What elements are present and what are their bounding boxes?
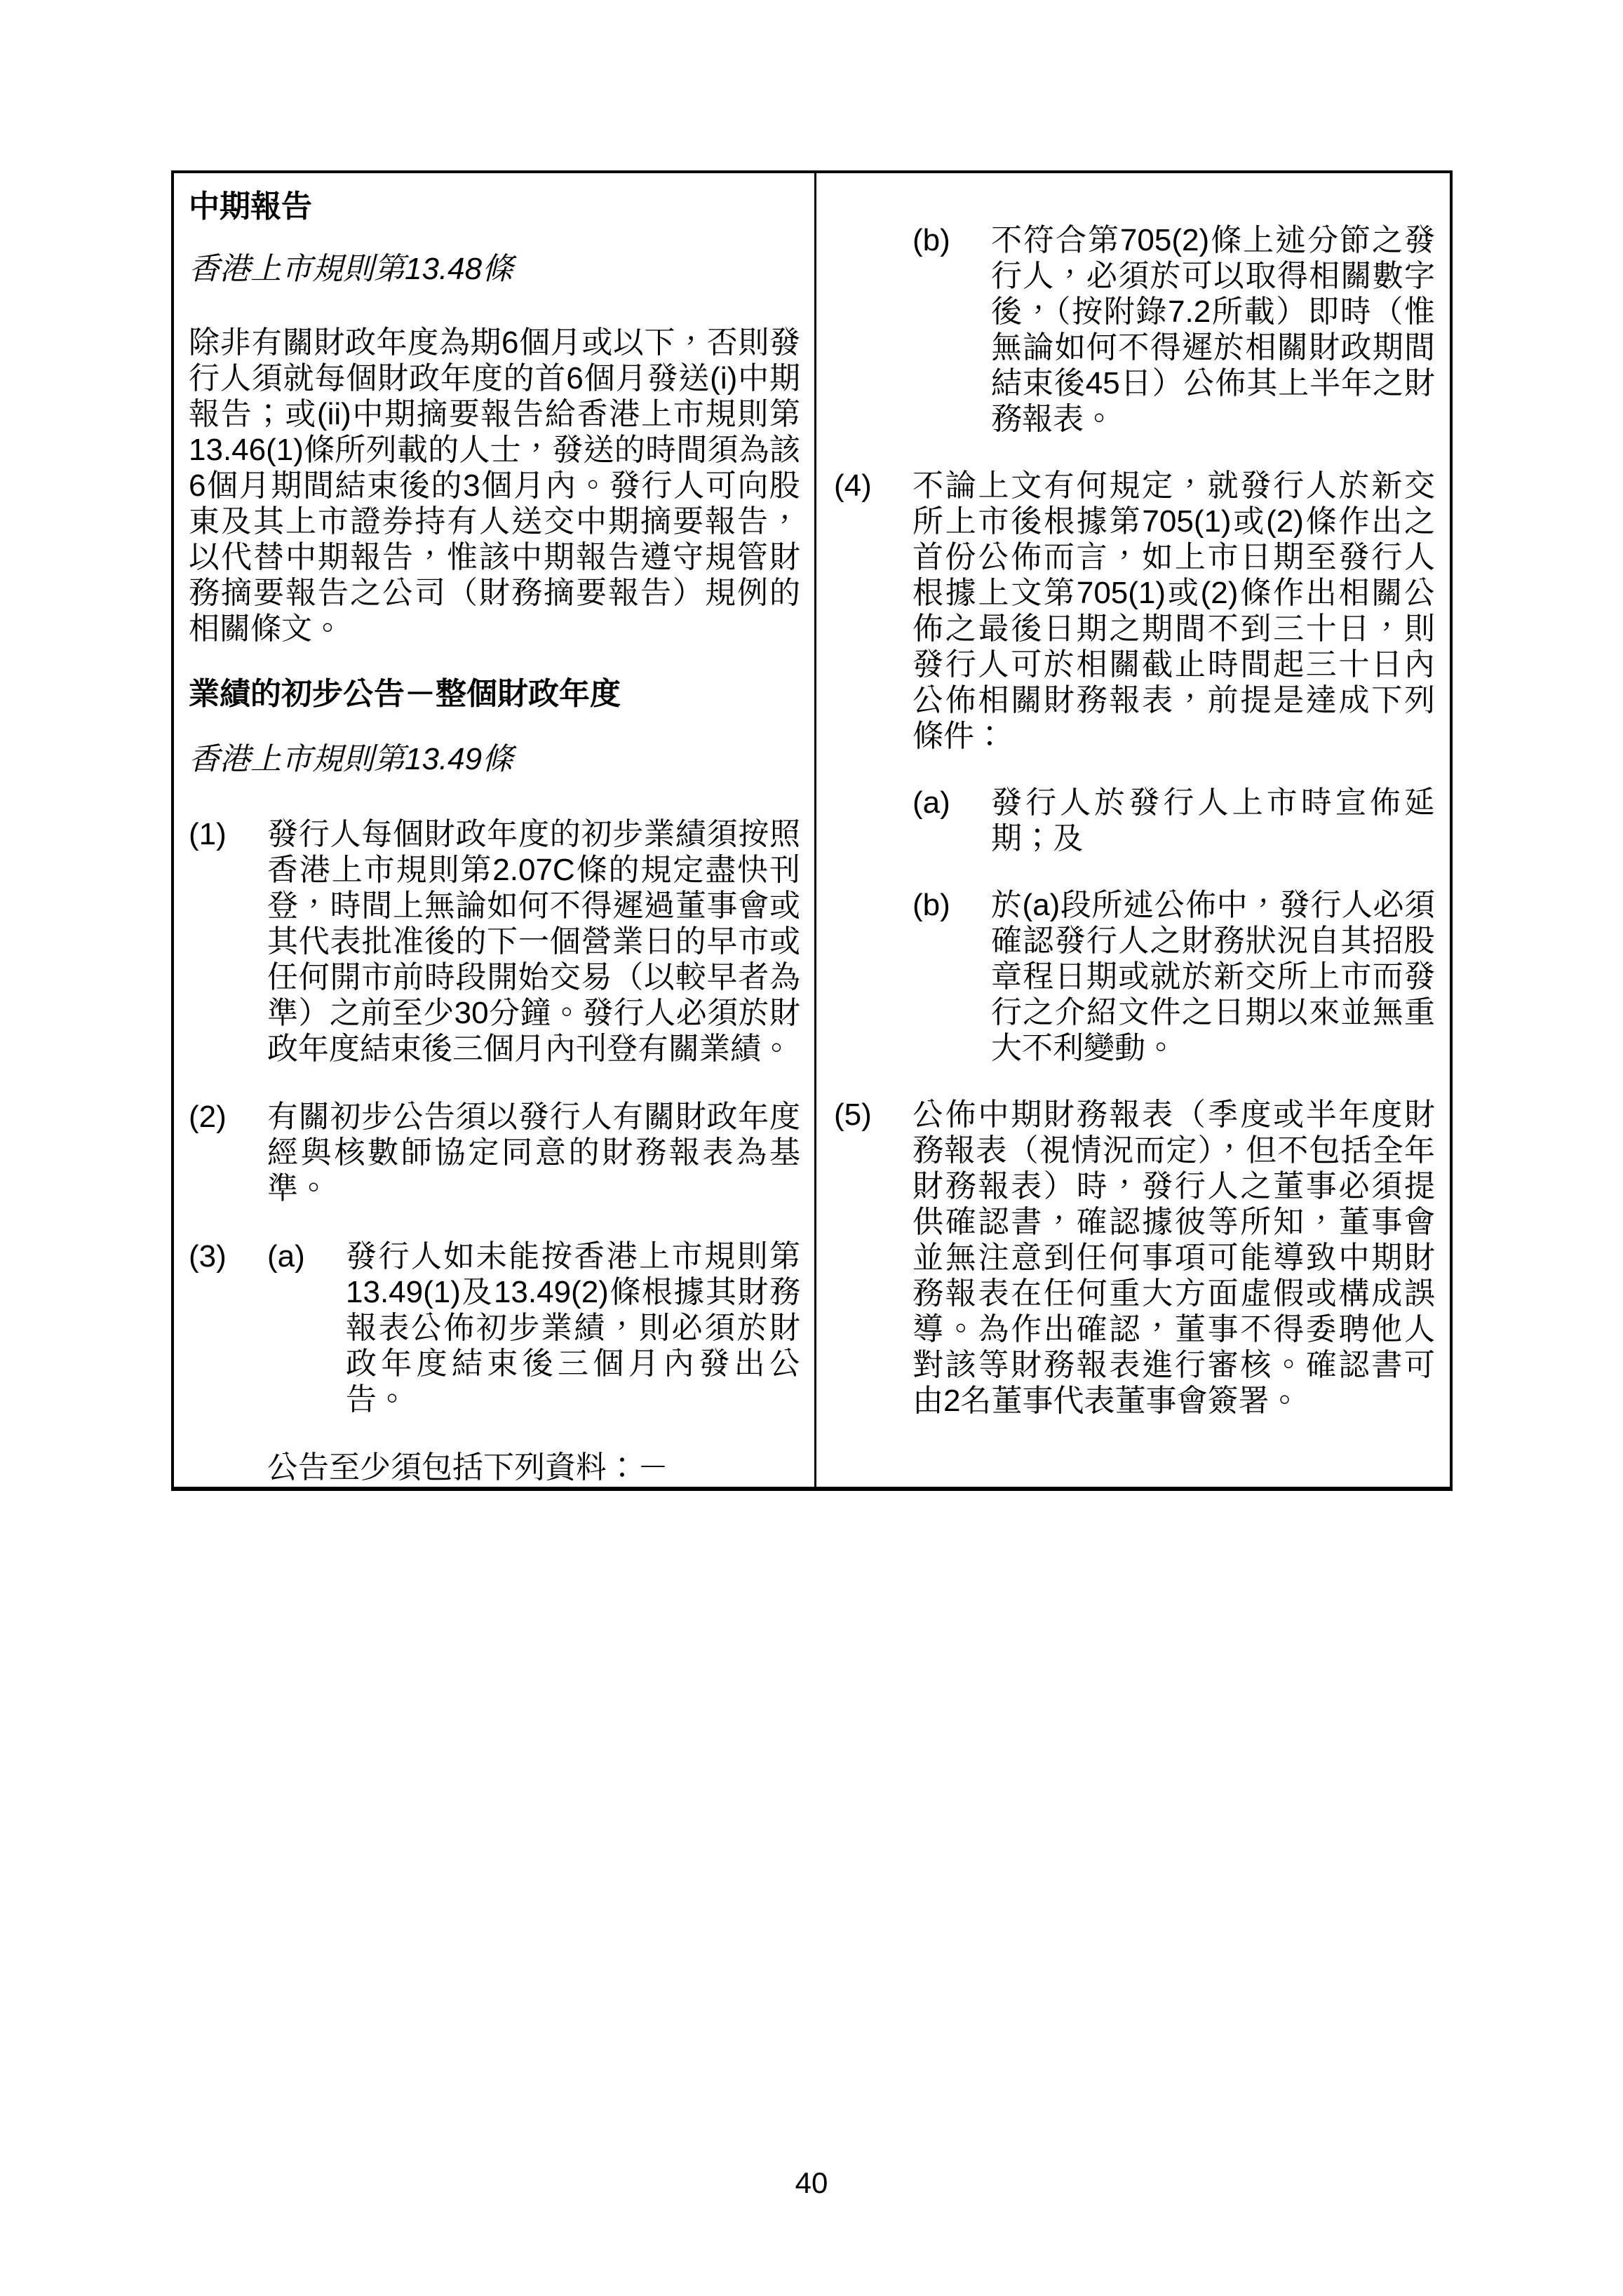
- item-sublabel: (b): [912, 222, 991, 437]
- section-heading-preliminary-results: 業績的初步公告－整個財政年度: [189, 676, 800, 712]
- list-item-4a: (a) 發行人於發行人上市時宣佈延期；及: [834, 785, 1435, 856]
- list-item-1: (1) 發行人每個財政年度的初步業績須按照香港上市規則第2.07C條的規定盡快刊…: [189, 816, 800, 1067]
- item-text: 發行人每個財政年度的初步業績須按照香港上市規則第2.07C條的規定盡快刊登，時間…: [267, 816, 800, 1067]
- list-item-b-top: (b) 不符合第705(2)條上述分節之發行人，必須於可以取得相關數字後，（按附…: [834, 222, 1435, 437]
- list-item-5: (5) 公佈中期財務報表（季度或半年度財務報表（視情況而定），但不包括全年財務報…: [834, 1097, 1435, 1419]
- item-sublabel: (b): [912, 887, 991, 1066]
- item-label: [834, 887, 912, 1066]
- item-text: 發行人於發行人上市時宣佈延期；及: [991, 785, 1435, 856]
- item-text: 不論上文有何規定，就發行人於新交所上市後根據第705(1)或(2)條作出之首份公…: [912, 468, 1435, 754]
- rules-comparison-table: 中期報告 香港上市規則第13.48條 除非有關財政年度為期6個月或以下，否則發行…: [171, 170, 1453, 1491]
- left-column: 中期報告 香港上市規則第13.48條 除非有關財政年度為期6個月或以下，否則發行…: [174, 173, 816, 1487]
- item-label: (1): [189, 816, 267, 1067]
- item-label: [834, 222, 912, 437]
- item-text: 發行人如未能按香港上市規則第13.49(1)及13.49(2)條根據其財務報表公…: [346, 1238, 800, 1417]
- page-number: 40: [0, 2166, 1623, 2201]
- item-label: (2): [189, 1099, 267, 1206]
- item-text: 有關初步公告須以發行人有關財政年度經與核數師協定同意的財務報表為基準。: [267, 1099, 800, 1206]
- item-text: 不符合第705(2)條上述分節之發行人，必須於可以取得相關數字後，（按附錄7.2…: [991, 222, 1435, 437]
- list-item-3a: (3) (a) 發行人如未能按香港上市規則第13.49(1)及13.49(2)條…: [189, 1238, 800, 1417]
- item-label: (4): [834, 468, 912, 754]
- list-item-4b: (b) 於(a)段所述公佈中，發行人必須確認發行人之財務狀況自其招股章程日期或就…: [834, 887, 1435, 1066]
- item-sublabel: (a): [912, 785, 991, 856]
- rule-reference-13-49: 香港上市規則第13.49條: [189, 741, 800, 777]
- item-text: 公佈中期財務報表（季度或半年度財務報表（視情況而定），但不包括全年財務報表）時，…: [912, 1097, 1435, 1419]
- item-label: [834, 785, 912, 856]
- item-text: 於(a)段所述公佈中，發行人必須確認發行人之財務狀況自其招股章程日期或就於新交所…: [991, 887, 1435, 1066]
- item-sublabel: (a): [267, 1238, 346, 1417]
- item-label: (3): [189, 1238, 267, 1417]
- item-label: (5): [834, 1097, 912, 1419]
- list-item-2: (2) 有關初步公告須以發行人有關財政年度經與核數師協定同意的財務報表為基準。: [189, 1099, 800, 1206]
- list-item-announcement-note: 公告至少須包括下列資料：－: [189, 1450, 800, 1485]
- item-label: [189, 1450, 267, 1485]
- item-text: 公告至少須包括下列資料：－: [267, 1450, 800, 1485]
- rule-reference-13-48: 香港上市規則第13.48條: [189, 251, 800, 287]
- paragraph-rule-13-48: 除非有關財政年度為期6個月或以下，否則發行人須就每個財政年度的首6個月發送(i)…: [189, 325, 800, 647]
- section-heading-interim-report: 中期報告: [189, 189, 800, 224]
- list-item-4: (4) 不論上文有何規定，就發行人於新交所上市後根據第705(1)或(2)條作出…: [834, 468, 1435, 754]
- right-column: (b) 不符合第705(2)條上述分節之發行人，必須於可以取得相關數字後，（按附…: [816, 173, 1450, 1487]
